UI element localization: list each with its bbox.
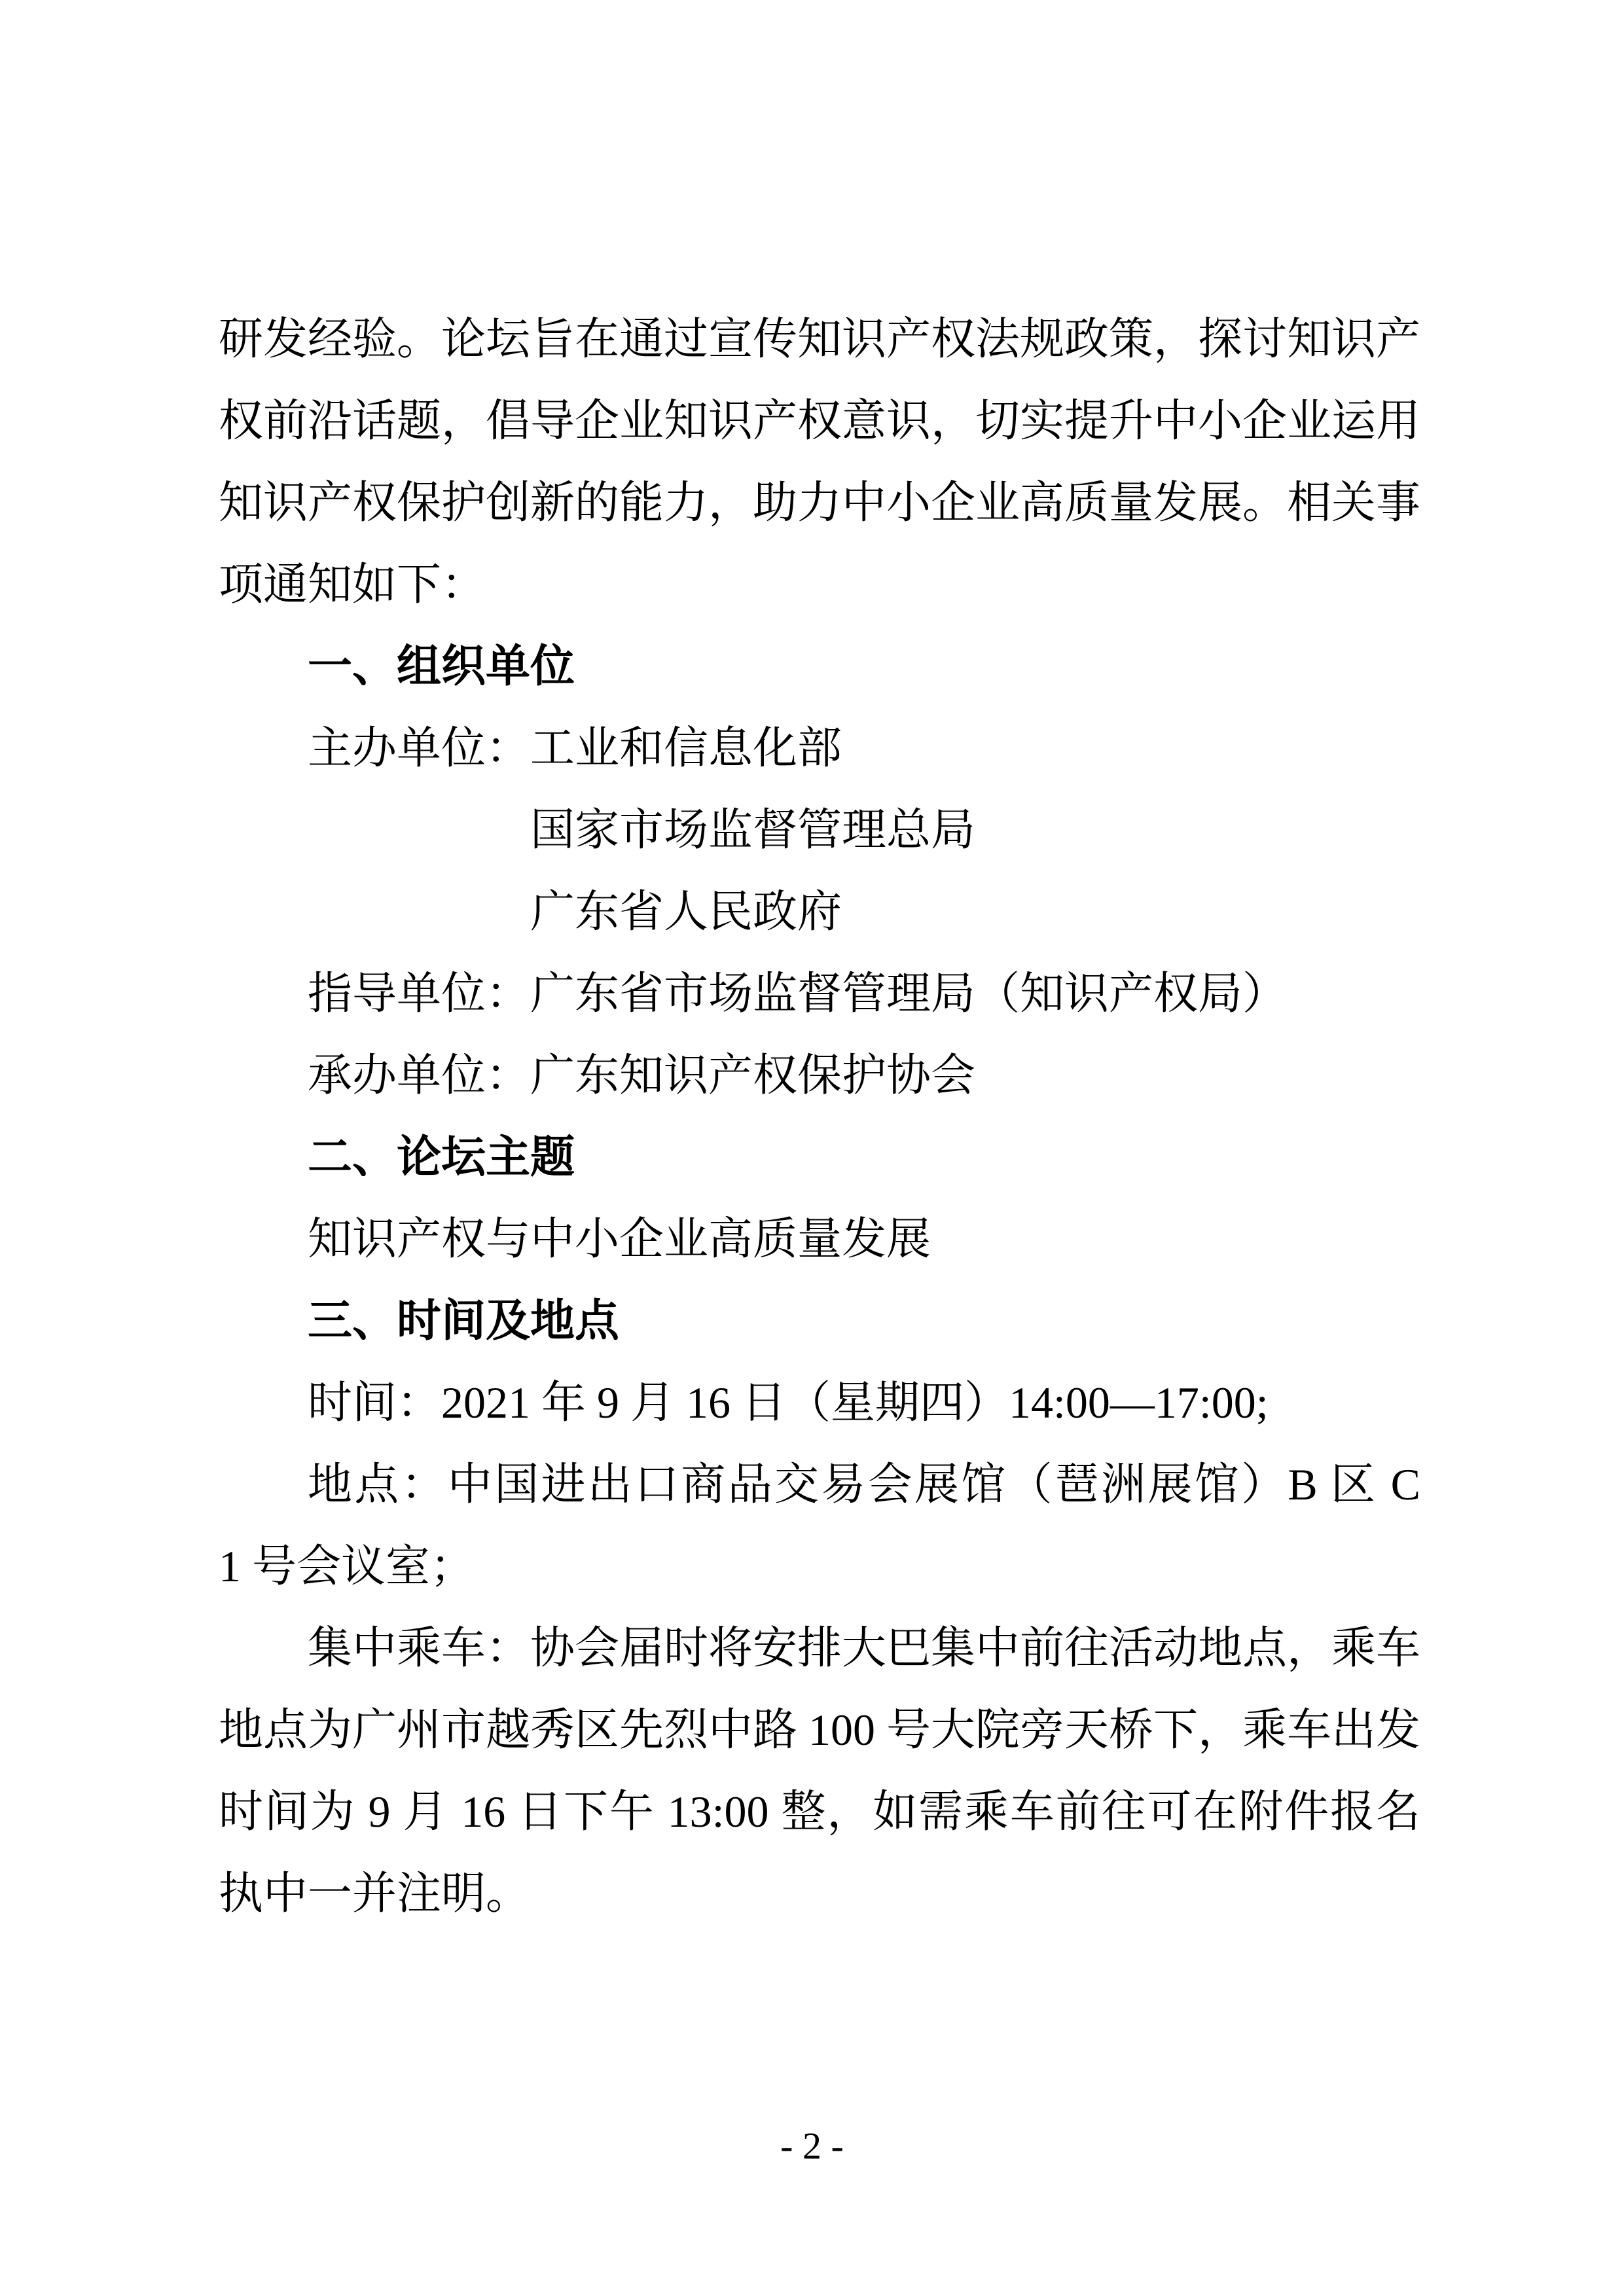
document-page: 研发经验。论坛旨在通过宣传知识产权法规政策，探讨知识产 权前沿话题，倡导企业知识… (0, 0, 1624, 2296)
time-line: 时间：2021 年 9 月 16 日（星期四）14:00—17:00; (219, 1362, 1420, 1444)
document-body: 研发经验。论坛旨在通过宣传知识产权法规政策，探讨知识产 权前沿话题，倡导企业知识… (219, 298, 1420, 1935)
heading-section-2: 二、论坛主题 (219, 1117, 1420, 1198)
heading-section-3: 三、时间及地点 (219, 1280, 1420, 1362)
forum-theme-line: 知识产权与中小企业高质量发展 (219, 1198, 1420, 1280)
venue-line-1: 地点：中国进出口商品交易会展馆（琶洲展馆）B 区 C 层 (219, 1444, 1420, 1526)
host-unit-line-3: 广东省人民政府 (219, 871, 1420, 953)
venue-line-2: 1 号会议室； (219, 1526, 1420, 1607)
guide-unit-line: 指导单位：广东省市场监督管理局（知识产权局） (219, 953, 1420, 1035)
shuttle-line-3: 时间为 9 月 16 日下午 13:00 整，如需乘车前往可在附件报名回 (219, 1771, 1420, 1853)
host-unit-line: 主办单位：工业和信息化部 (219, 708, 1420, 789)
shuttle-line-1: 集中乘车：协会届时将安排大巴集中前往活动地点，乘车 (219, 1607, 1420, 1689)
para-intro-line-4: 项通知如下： (219, 544, 1420, 626)
para-intro-line-1: 研发经验。论坛旨在通过宣传知识产权法规政策，探讨知识产 (219, 298, 1420, 380)
host-unit-line-2: 国家市场监督管理总局 (219, 789, 1420, 871)
heading-section-1: 一、组织单位 (219, 626, 1420, 708)
para-intro-line-2: 权前沿话题，倡导企业知识产权意识，切实提升中小企业运用 (219, 380, 1420, 462)
shuttle-line-4: 执中一并注明。 (219, 1853, 1420, 1935)
page-number: - 2 - (0, 2123, 1624, 2169)
shuttle-line-2: 地点为广州市越秀区先烈中路 100 号大院旁天桥下，乘车出发 (219, 1689, 1420, 1771)
organizer-unit-line: 承办单位：广东知识产权保护协会 (219, 1035, 1420, 1117)
para-intro-line-3: 知识产权保护创新的能力，助力中小企业高质量发展。相关事 (219, 462, 1420, 544)
